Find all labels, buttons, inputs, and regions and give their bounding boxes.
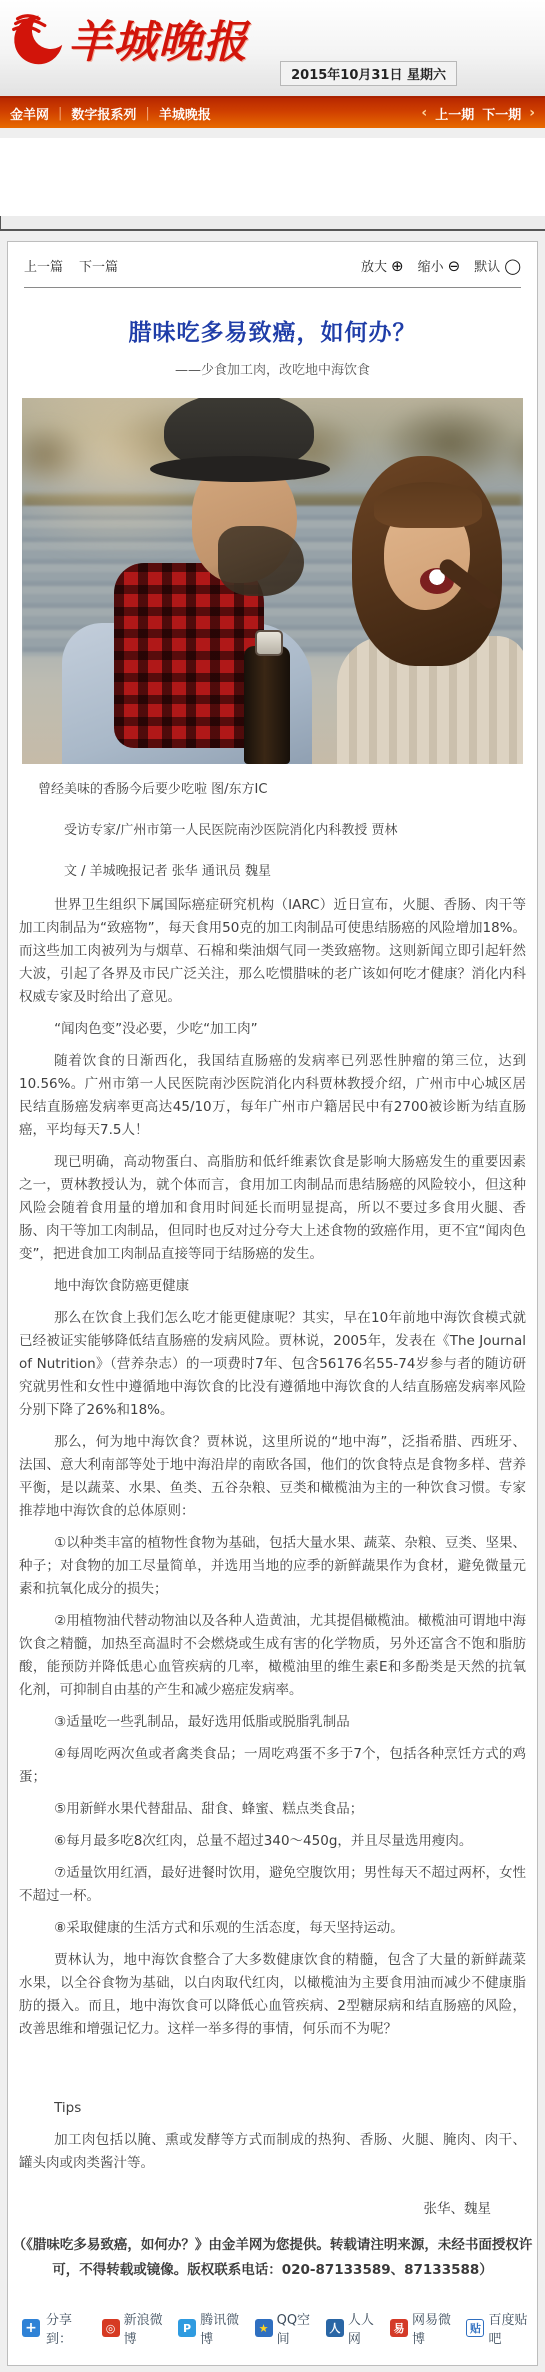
share-sina-weibo-button[interactable]: ◎ 新浪微博 [102,2309,173,2347]
paragraph: ③适量吃一些乳制品，最好选用低脂或脱脂乳制品 [19,1711,526,1734]
article-photo [22,398,523,764]
zoom-out-label: 缩小 [418,256,444,275]
tips-heading: Tips [19,2097,526,2120]
newspaper-logo-text: 羊城晚报 [68,12,248,74]
zoom-out-button[interactable]: 缩小 ⊖ [418,256,461,275]
tips-paragraph: 加工肉包括以腌、熏或发酵等方式而制成的热狗、香肠、火腿、腌肉、肉干、罐头肉或肉类… [19,2129,526,2175]
paragraph: ④每周吃两次鱼或者禽类食品；一周吃鸡蛋不多于7个，包括各种烹饪方式的鸡蛋； [19,1743,526,1789]
section-heading: 地中海饮食防癌更健康 [19,1275,526,1298]
share-netease-weibo-button[interactable]: 易 网易微博 [390,2309,461,2347]
share-item-label: 网易微博 [412,2309,461,2347]
next-issue-button[interactable]: 下一期 [482,104,521,123]
netease-weibo-icon: 易 [390,2319,408,2337]
navbar-links: 金羊网 | 数字报系列 | 羊城晚报 [10,104,211,123]
font-size-controls: 放大 ⊕ 缩小 ⊖ 默认 ◯ [361,256,521,275]
paragraph: ⑥每月最多吃8次红肉，总量不超过340～450g，并且尽量选用瘦肉。 [19,1830,526,1853]
byline: 张华、魏星 [8,2197,537,2217]
zoom-default-label: 默认 [474,256,500,275]
zoom-in-button[interactable]: 放大 ⊕ [361,256,404,275]
collapsed-panel-strip [0,216,545,231]
article-toolbar: 上一篇 下一篇 放大 ⊕ 缩小 ⊖ 默认 ◯ [8,242,537,283]
ad-placeholder [0,138,545,216]
author-credit: 文 / 羊城晚报记者 张华 通讯员 魏星 [64,860,537,879]
qzone-star-icon: ★ [255,2319,273,2337]
photo-bottle-cap [255,630,283,656]
nav-separator: | [58,106,62,121]
share-tencent-weibo-button[interactable]: P 腾讯微博 [178,2309,249,2347]
baidu-tieba-icon: 贴 [466,2319,484,2337]
zoom-default-icon: ◯ [504,257,521,275]
zoom-default-button[interactable]: 默认 ◯ [474,256,521,275]
copyright-notice: （《腊味吃多易致癌，如何办？》由金羊网为您提供。转载请注明来源，未经书面授权许可… [12,2233,533,2283]
paragraph: 世界卫生组织下属国际癌症研究机构（IARC）近日宣布，火腿、香肠、肉干等加工肉制… [19,894,526,1009]
paragraph: 现已明确，高动物蛋白、高脂肪和低纤维素饮食是影响大肠癌发生的重要因素之一，贾林教… [19,1151,526,1266]
paragraph: 随着饮食的日渐西化，我国结直肠癌的发病率已列恶性肿瘤的第三位，达到10.56%。… [19,1050,526,1142]
paragraph: ①以种类丰富的植物性食物为基础，包括大量水果、蔬菜、杂粮、豆类、坚果、种子；对食… [19,1532,526,1601]
share-item-label: 新浪微博 [124,2309,173,2347]
article-pager: 上一篇 下一篇 [24,256,118,275]
toolbar-divider [24,287,521,288]
zoom-in-label: 放大 [361,256,387,275]
rooster-swoosh-icon [6,10,68,76]
share-baidu-tieba-button[interactable]: 贴 百度贴吧 [466,2309,537,2347]
next-article-button[interactable]: 下一篇 [79,256,118,275]
share-item-label: 人人网 [348,2309,384,2347]
zoom-in-icon: ⊕ [391,257,404,275]
share-item-label: 百度贴吧 [488,2309,537,2347]
photo-caption: 曾经美味的香肠今后要少吃啦 图/东方IC [38,778,537,797]
issue-date: 2015年10月31日 星期六 [280,61,457,86]
photo-man-beard [218,526,304,596]
nav-link-jinyangwang[interactable]: 金羊网 [10,104,49,123]
paragraph: ⑦适量饮用红酒，最好进餐时饮用，避免空腹饮用；男性每天不超过两杯，女性不超过一杯… [19,1862,526,1908]
section-heading: “闻肉色变”没必要，少吃“加工肉” [19,1018,526,1041]
site-header: 羊城晚报 2015年10月31日 星期六 [0,0,545,96]
tencent-weibo-icon: P [178,2319,196,2337]
newspaper-logo[interactable]: 羊城晚报 [6,10,248,76]
paragraph: ⑤用新鲜水果代替甜品、甜食、蜂蜜、糕点类食品； [19,1798,526,1821]
paragraph: 贾林认为，地中海饮食整合了大多数健康饮食的精髓，包含了大量的新鲜蔬菜水果，以全谷… [19,1949,526,2041]
next-issue-arrow-icon: › [529,105,535,121]
photo-woman-fringe [374,482,482,528]
top-navbar: 金羊网 | 数字报系列 | 羊城晚报 ‹ 上一期 下一期 › [0,96,545,128]
paragraph: ②用植物油代替动物油以及各种人造黄油，尤其提倡橄榄油。橄榄油可谓地中海饮食之精髓… [19,1610,526,1702]
share-item-label: 腾讯微博 [200,2309,249,2347]
share-label: 分享到： [46,2309,96,2347]
prev-issue-arrow-icon: ‹ [421,105,427,121]
share-qzone-button[interactable]: ★ QQ空间 [255,2309,320,2347]
nav-link-digital-papers[interactable]: 数字报系列 [71,104,136,123]
zoom-out-icon: ⊖ [448,257,461,275]
nav-separator: | [145,106,149,121]
article-body: 世界卫生组织下属国际癌症研究机构（IARC）近日宣布，火腿、香肠、肉干等加工肉制… [8,879,537,2175]
prev-issue-button[interactable]: 上一期 [435,104,474,123]
share-item-label: QQ空间 [277,2309,320,2347]
article-title: 腊味吃多易致癌，如何办？ [8,314,537,347]
photo-man-hat-brim [150,456,330,482]
share-renren-button[interactable]: 人 人人网 [326,2309,384,2347]
expert-credit: 受访专家/广州市第一人民医院南沙医院消化内科教授 贾林 [64,819,537,838]
paragraph: ⑧采取健康的生活方式和乐观的生活态度，每天坚持运动。 [19,1917,526,1940]
sina-weibo-icon: ◎ [102,2319,120,2337]
article-container: 上一篇 下一篇 放大 ⊕ 缩小 ⊖ 默认 ◯ 腊味吃多易致癌，如何办？ ——少食… [7,241,538,2366]
renren-icon: 人 [326,2319,344,2337]
share-bar: + 分享到： ◎ 新浪微博 P 腾讯微博 ★ QQ空间 人 人人网 易 网易微博… [22,2309,537,2347]
nav-link-yangcheng-evening-news[interactable]: 羊城晚报 [159,104,211,123]
paragraph: 那么，何为地中海饮食？贾林说，这里所说的“地中海”，泛指希腊、西班牙、法国、意大… [19,1431,526,1523]
photo-bottle [244,646,290,764]
prev-article-button[interactable]: 上一篇 [24,256,63,275]
paragraph: 那么在饮食上我们怎么吃才能更健康呢？其实，早在10年前地中海饮食模式就已经被证实… [19,1307,526,1422]
issue-pager: ‹ 上一期 下一期 › [421,104,535,123]
share-plus-icon[interactable]: + [22,2319,40,2337]
article-subtitle: ——少食加工肉，改吃地中海饮食 [8,359,537,378]
